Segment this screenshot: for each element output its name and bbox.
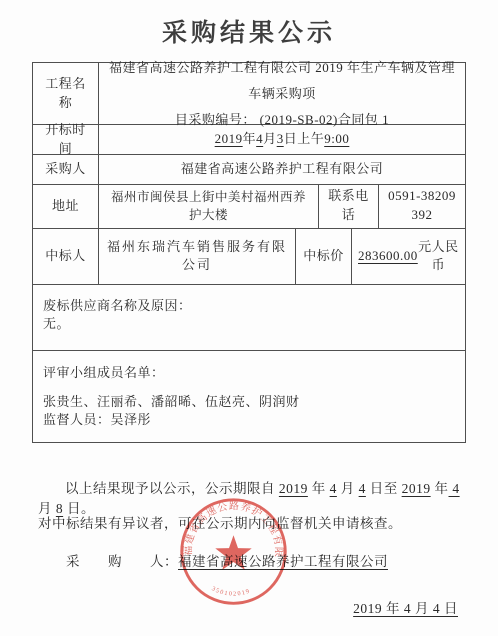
project-value: 福建省高速公路养护工程有限公司 2019 年生产车辆及管理车辆采购项 目采购编号…: [98, 63, 465, 124]
price-value: 283600.00 元人民币: [351, 229, 465, 285]
table-row-winner: 中标人 福州东瑞汽车销售服务有限公司 中标价 283600.00 元人民币: [33, 229, 465, 286]
price-label: 中标价: [295, 229, 351, 285]
objection-line: 对中标结果有异议者，可在公示期内向监督机关申请核查。: [38, 512, 462, 532]
review-panel-cell: 评审小组成员名单： 张贵生、汪丽希、潘韶晞、伍赵亮、阴润财 监督人员：吴泽彤: [33, 351, 465, 442]
winner-value: 福州东瑞汽车销售服务有限公司: [98, 229, 295, 285]
page-title: 采购结果公示: [0, 13, 498, 49]
review-panel-heading: 评审小组成员名单：: [43, 364, 165, 382]
publicity-period-line: 以上结果现予以公示，公示期限自 2019 年 4 月 4 日至 2019 年 4…: [38, 477, 462, 517]
rejected-bidders-heading: 废标供应商名称及原因：: [43, 297, 192, 315]
table-row-purchaser: 采购人 福建省高速公路养护工程有限公司: [33, 155, 465, 185]
winner-label: 中标人: [33, 229, 98, 285]
phone-label: 联系电话: [318, 185, 378, 228]
result-table: 工程名称 福建省高速公路养护工程有限公司 2019 年生产车辆及管理车辆采购项 …: [32, 62, 466, 443]
project-label: 工程名称: [33, 63, 98, 124]
document-page: 采购结果公示 工程名称 福建省高速公路养护工程有限公司 2019 年生产车辆及管…: [0, 0, 498, 636]
address-label: 地址: [33, 185, 98, 228]
table-row-bid-open-time: 开标时间 2019 年 4 月 3 日上午 9:00: [33, 125, 465, 155]
table-row-project: 工程名称 福建省高速公路养护工程有限公司 2019 年生产车辆及管理车辆采购项 …: [33, 63, 465, 125]
bid-open-value: 2019 年 4 月 3 日上午 9:00: [98, 125, 465, 154]
bid-open-label: 开标时间: [33, 125, 98, 154]
table-row-rejected-bidders: 废标供应商名称及原因： 无。: [33, 285, 465, 351]
address-value: 福州市闽侯县上街中美村福州西养护大楼: [98, 185, 318, 228]
review-panel-members: 张贵生、汪丽希、潘韶晞、伍赵亮、阴润财: [43, 393, 300, 411]
purchaser-signature-line: 采 购 人：福建省高速公路养护工程有限公司: [66, 550, 462, 570]
svg-text:350102019: 350102019: [210, 585, 251, 597]
phone-value: 0591-38209392: [378, 185, 465, 228]
table-row-review-panel: 评审小组成员名单： 张贵生、汪丽希、潘韶晞、伍赵亮、阴润财 监督人员：吴泽彤: [33, 351, 465, 442]
review-panel-supervisor: 监督人员：吴泽彤: [43, 411, 151, 429]
purchaser-label: 采购人: [33, 155, 98, 184]
rejected-bidders-cell: 废标供应商名称及原因： 无。: [33, 285, 465, 350]
seal-serial-number: 350102019: [210, 585, 251, 597]
table-row-address: 地址 福州市闽侯县上街中美村福州西养护大楼 联系电话 0591-38209392: [33, 185, 465, 229]
signature-date: 2019 年 4 月 4 日: [353, 597, 458, 617]
purchaser-value: 福建省高速公路养护工程有限公司: [98, 155, 465, 184]
project-value-line1: 福建省高速公路养护工程有限公司 2019 年生产车辆及管理车辆采购项: [105, 55, 459, 107]
rejected-bidders-value: 无。: [43, 315, 70, 333]
